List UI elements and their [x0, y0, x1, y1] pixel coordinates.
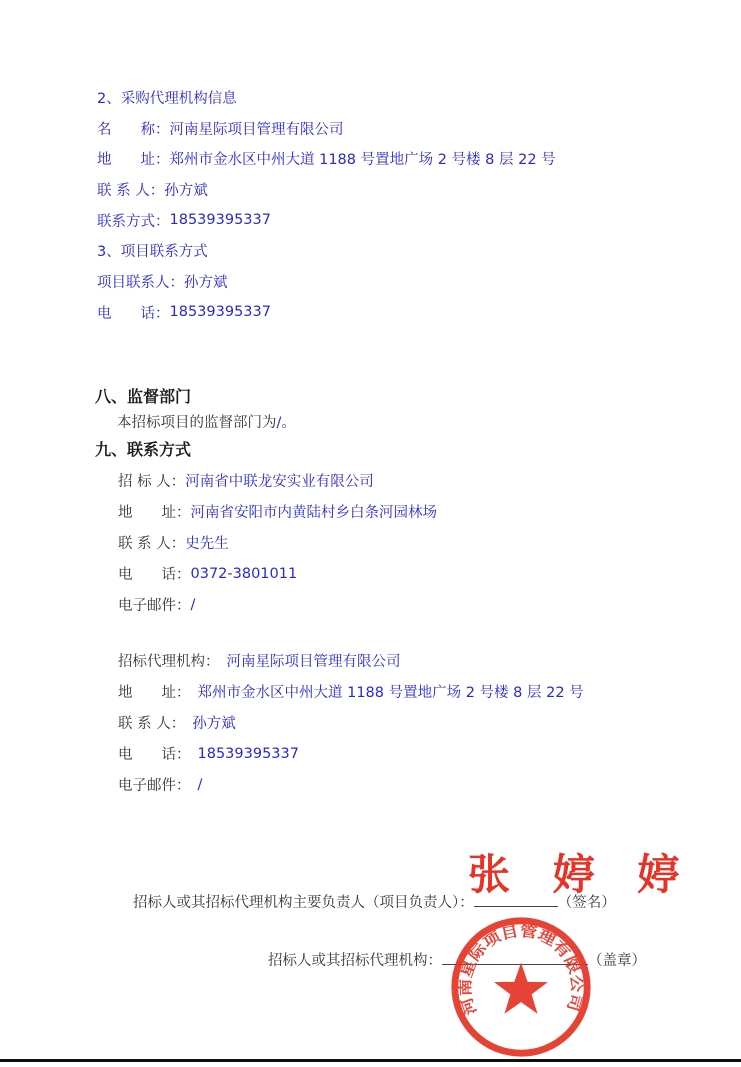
row-label: 项目联系人： [97, 271, 184, 292]
row-label: 地 址： [97, 148, 170, 169]
info-row: 招标代理机构：河南星际项目管理有限公司 [118, 645, 584, 676]
supervision-heading: 八、监督部门 [95, 384, 191, 407]
org-stamp-label: 招标人或其招标代理机构： [268, 949, 442, 970]
row-value: / [191, 597, 196, 613]
row-label: 联 系 人： [118, 712, 185, 733]
info-row: 电 话：18539395337 [118, 738, 584, 769]
page-bottom-border [0, 1059, 741, 1062]
info-row: 电 话：0372-3801011 [118, 558, 437, 589]
row-label: 电子邮件： [118, 774, 191, 795]
row-value: 孙方斌 [192, 712, 236, 733]
row-label: 地 址： [118, 681, 191, 702]
info-row: 联系方式：18539395337 [97, 205, 556, 236]
info-row: 项目联系人：孙方斌 [97, 266, 556, 297]
row-value: 郑州市金水区中州大道 1188 号置地广场 2 号楼 8 层 22 号 [170, 148, 556, 169]
supervision-body-suffix: 。 [281, 415, 296, 431]
info-row: 联 系 人：史先生 [118, 527, 437, 558]
info-row: 招 标 人：河南省中联龙安实业有限公司 [118, 465, 437, 496]
row-label: 联 系 人： [97, 179, 164, 200]
row-label: 招 标 人： [118, 470, 185, 491]
row-value: / [198, 777, 203, 793]
row-label: 联系方式： [97, 210, 170, 231]
seal-star-icon [494, 963, 548, 1014]
row-value: 河南省安阳市内黄陆村乡白条河园林场 [191, 501, 438, 522]
row-value: 河南省中联龙安实业有限公司 [185, 470, 374, 491]
section-heading: 2、采购代理机构信息 [97, 82, 556, 113]
section-heading-text: 3、项目联系方式 [97, 240, 208, 261]
section-heading-text: 2、采购代理机构信息 [97, 87, 237, 108]
supervision-body: 本招标项目的监督部门为/。 [117, 411, 296, 432]
company-seal: 河南星际项目管理有限公司 [448, 914, 594, 1060]
row-label: 地 址： [118, 501, 191, 522]
row-label: 电 话： [118, 743, 191, 764]
row-value: 孙方斌 [164, 179, 208, 200]
row-value: 0372-3801011 [191, 566, 298, 582]
info-row: 地 址：河南省安阳市内黄陆村乡白条河园林场 [118, 496, 437, 527]
row-value: 18539395337 [170, 304, 271, 320]
info-row: 地 址：郑州市金水区中州大道 1188 号置地广场 2 号楼 8 层 22 号 [97, 143, 556, 174]
row-value: 孙方斌 [184, 271, 228, 292]
row-value: 史先生 [185, 532, 229, 553]
row-label: 电 话： [97, 302, 170, 323]
org-stamp-suffix: （盖章） [588, 949, 646, 970]
principal-sign-label: 招标人或其招标代理机构主要负责人（项目负责人）： [133, 891, 474, 912]
row-value: 河南星际项目管理有限公司 [227, 650, 401, 671]
info-row: 联 系 人：孙方斌 [97, 174, 556, 205]
signature-text: 张 婷 婷 [468, 842, 693, 902]
row-label: 联 系 人： [118, 532, 185, 553]
row-label: 招标代理机构： [118, 650, 220, 671]
row-value: 郑州市金水区中州大道 1188 号置地广场 2 号楼 8 层 22 号 [198, 681, 584, 702]
info-row: 电 话：18539395337 [97, 297, 556, 328]
row-label: 电 话： [118, 563, 191, 584]
supervision-body-prefix: 本招标项目的监督部门为 [117, 415, 277, 431]
tenderer-block: 招 标 人：河南省中联龙安实业有限公司 地 址：河南省安阳市内黄陆村乡白条河园林… [118, 465, 437, 620]
info-row: 联 系 人：孙方斌 [118, 707, 584, 738]
info-row: 地 址：郑州市金水区中州大道 1188 号置地广场 2 号楼 8 层 22 号 [118, 676, 584, 707]
info-row: 名 称：河南星际项目管理有限公司 [97, 113, 556, 144]
agency-block: 招标代理机构：河南星际项目管理有限公司 地 址：郑州市金水区中州大道 1188 … [118, 645, 584, 800]
row-label: 名 称： [97, 118, 170, 139]
info-row: 电子邮件：/ [118, 769, 584, 800]
info-row: 电子邮件：/ [118, 589, 437, 620]
row-value: 18539395337 [198, 746, 299, 762]
section-heading: 3、项目联系方式 [97, 235, 556, 266]
contact-section-heading: 九、联系方式 [95, 437, 191, 460]
row-label: 电子邮件： [118, 594, 191, 615]
row-value: 18539395337 [170, 212, 271, 228]
procurement-agency-section: 2、采购代理机构信息 名 称：河南星际项目管理有限公司 地 址：郑州市金水区中州… [97, 82, 556, 328]
row-value: 河南星际项目管理有限公司 [170, 118, 344, 139]
